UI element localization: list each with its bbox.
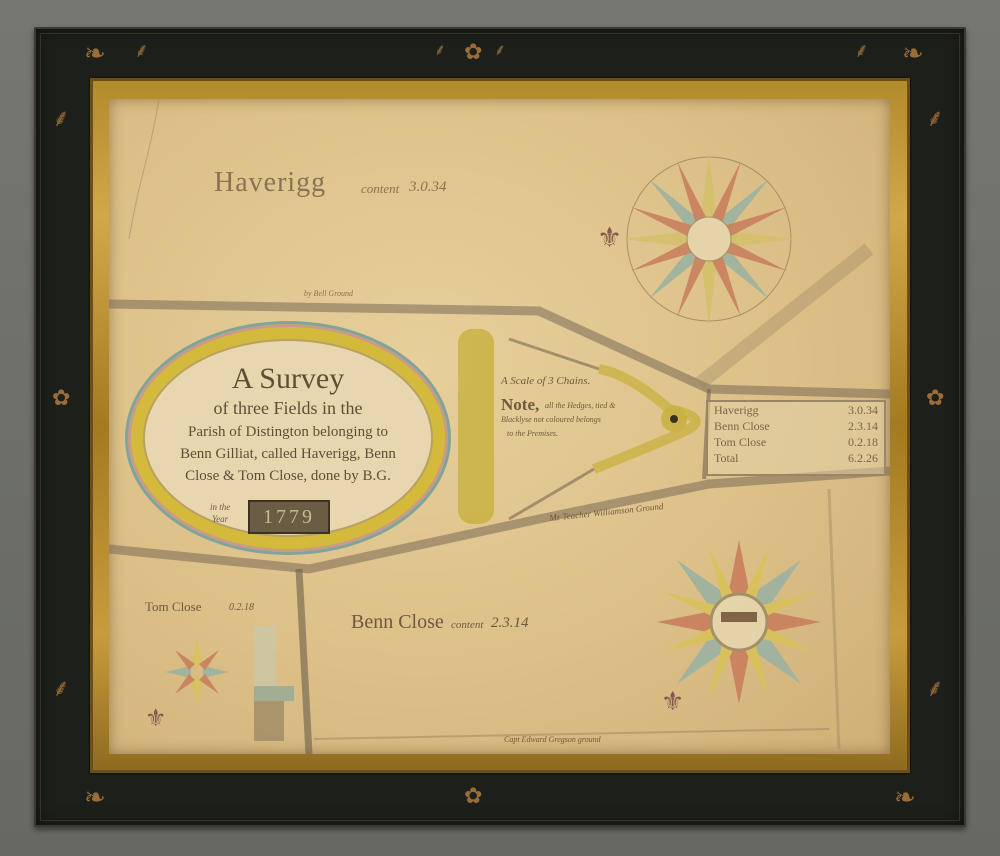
survey-map: ⚜ [109,99,890,754]
leaf-ornament-icon: ⸙ [134,41,149,61]
survey-year-label: Year [212,514,228,524]
note-line-1: all the Hedges, tied & [545,401,615,410]
compass-rose-icon: ⚜ [597,154,794,324]
leaf-ornament-icon: ⸙ [494,43,506,59]
annotation-bottom-road: Capt Edward Gregson ground [504,735,601,744]
survey-subtitle: of three Fields in the [128,398,448,419]
survey-fields: Close & Tom Close, done by B.G. [128,468,448,485]
note-line-2: Blacklyse not coloured belongs [501,415,601,424]
svg-text:⚜: ⚜ [661,687,684,717]
note-line-3: to the Premises. [507,429,558,438]
flower-ornament-icon: ✿ [464,785,482,807]
annotation-top-road: by Bell Ground [304,289,353,298]
leaf-ornament-icon: ⸙ [926,107,944,131]
field-value-tom-close: 0.2.18 [229,602,254,613]
svg-text:⚜: ⚜ [145,704,167,732]
flower-ornament-icon: ✿ [52,387,70,409]
compass-rose-icon: ⚜ [657,540,821,717]
survey-in-the: in the [210,502,230,512]
table-row: Haverigg3.0.34 [708,402,884,418]
table-row: Total6.2.26 [708,450,884,466]
field-label-content: content [451,619,483,631]
flower-ornament-icon: ✿ [464,41,482,63]
building-icon [254,626,294,741]
leaf-ornament-icon: ⸙ [434,43,446,59]
leaf-ornament-icon: ❧ [84,785,106,811]
leaf-ornament-icon: ⸙ [52,677,70,701]
leaf-ornament-icon: ❧ [84,41,106,67]
table-row: Tom Close0.2.18 [708,434,884,450]
compass-rose-icon: ⚜ [145,640,229,732]
field-name-tom-close: Tom Close [145,599,202,615]
field-name-haverigg: Haverigg [214,167,326,199]
field-name-benn-close: Benn Close [351,611,444,634]
survey-parish: Parish of Distington belonging to [128,424,448,441]
svg-text:⚜: ⚜ [597,221,622,254]
survey-year: 1779 [248,500,330,534]
leaf-ornament-icon: ❧ [894,785,916,811]
survey-title: A Survey [128,362,448,396]
photo-stage: ❧ ⸙ ✿ ⸙ ⸙ ⸙ ❧ ⸙ ✿ ⸙ ⸙ ✿ ⸙ ❧ ✿ ❧ [0,0,1000,856]
leaf-ornament-icon: ⸙ [52,107,70,131]
table-row: Benn Close2.3.14 [708,418,884,434]
leaf-ornament-icon: ⸙ [854,41,869,61]
field-value-haverigg: 3.0.34 [409,179,447,196]
leaf-ornament-icon: ❧ [902,41,924,67]
scale-label: A Scale of 3 Chains. [501,375,590,387]
field-label-content: content [361,181,399,197]
leaf-ornament-icon: ⸙ [926,677,944,701]
survey-owner: Benn Gilliat, called Haverigg, Benn [128,446,448,463]
note-heading: Note, [501,395,539,415]
flower-ornament-icon: ✿ [926,387,944,409]
title-cartouche: A Survey of three Fields in the Parish o… [125,321,451,555]
acreage-table: Haverigg3.0.34 Benn Close2.3.14 Tom Clos… [706,400,886,476]
field-value-benn-close: 2.3.14 [491,615,529,632]
